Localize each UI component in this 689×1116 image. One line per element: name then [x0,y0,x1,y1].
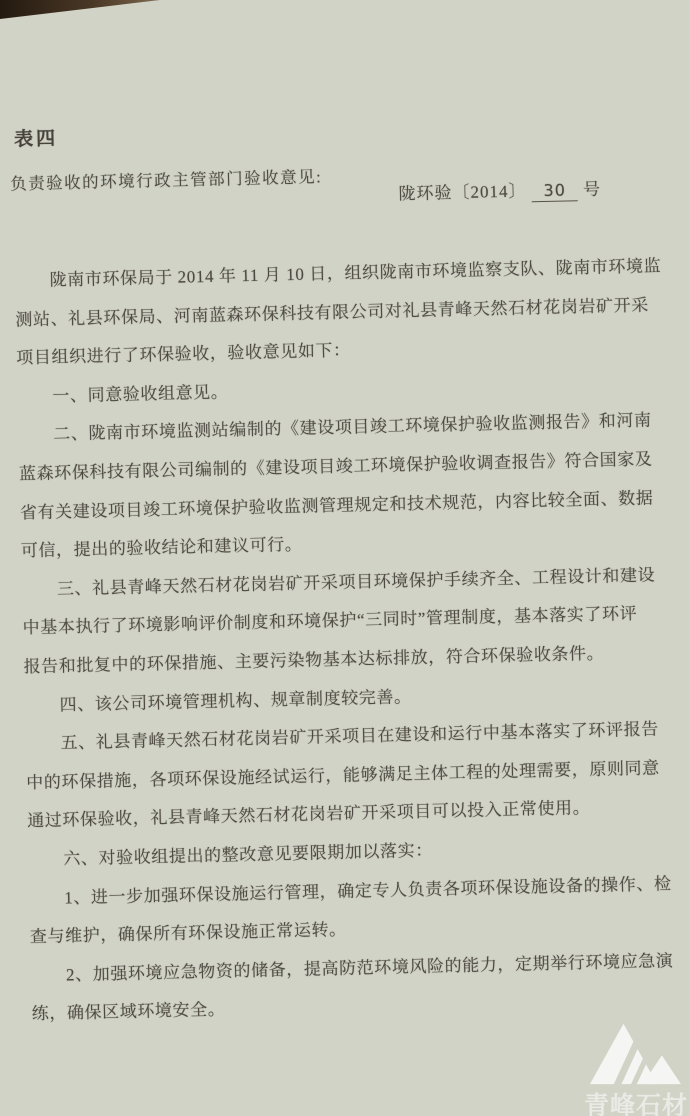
section-title: 负责验收的环境行政主管部门验收意见: [10,163,323,194]
doc-number-suffix: 号 [583,180,601,199]
document-body: 陇南市环保局于 2014 年 11 月 10 日，组织陇南市环境监察支队、陇南市… [14,247,680,1034]
doc-number-value: 30 [532,180,578,202]
doc-number-prefix: 陇环验〔2014〕 [398,181,526,203]
doc-number: 陇环验〔2014〕 30 号 [398,175,601,206]
document-photo: 表四 负责验收的环境行政主管部门验收意见: 陇环验〔2014〕 30 号 陇南市… [0,0,689,1116]
document-sheet: 表四 负责验收的环境行政主管部门验收意见: 陇环验〔2014〕 30 号 陇南市… [0,0,689,1116]
form-label: 表四 [14,123,59,151]
